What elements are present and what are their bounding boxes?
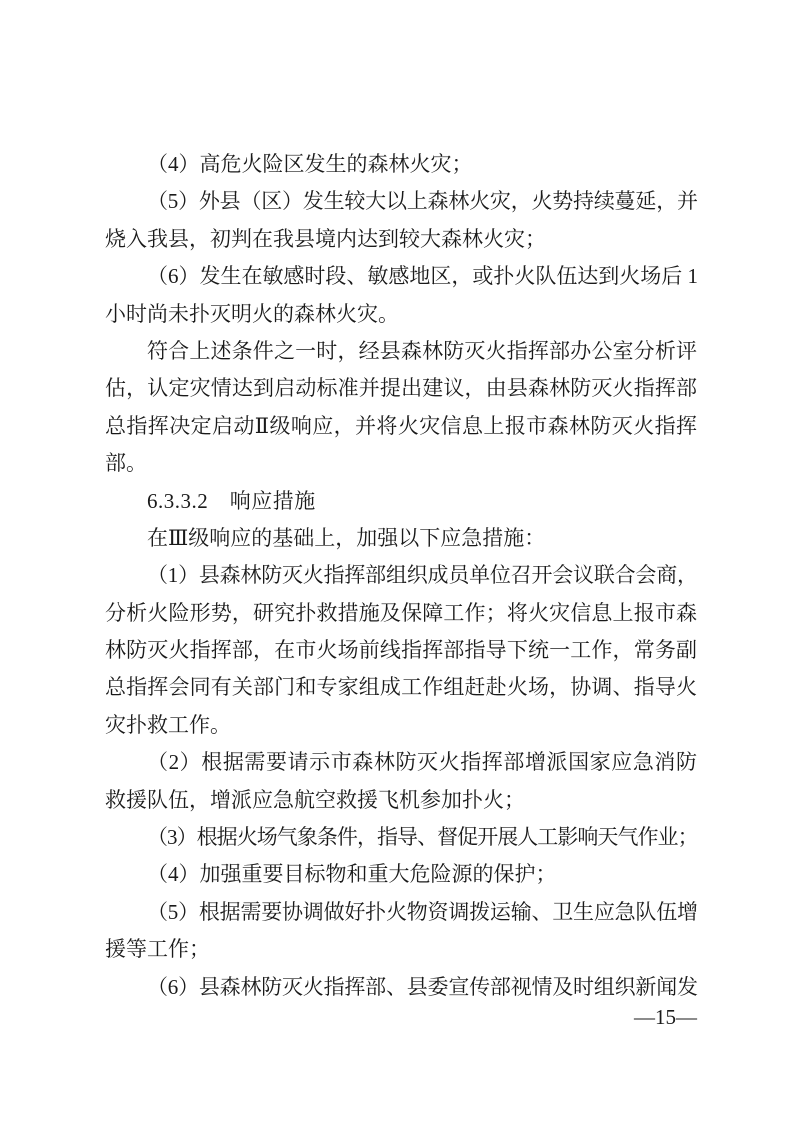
section-heading: 6.3.3.2 响应措施 [105, 483, 697, 520]
text-line: （2）根据需要请示市森林防灭火指挥部增派国家应急消防 [105, 744, 697, 781]
text-line: 符合上述条件之一时，经县森林防灭火指挥部办公室分析评 [105, 333, 697, 370]
page-number: —15— [105, 1006, 697, 1028]
text-line: （4）高危火险区发生的森林火灾； [105, 146, 697, 183]
text-line: 估，认定灾情达到启动标准并提出建议，由县森林防灭火指挥部 [105, 370, 697, 407]
text-line: 在Ⅲ级响应的基础上，加强以下应急措施： [105, 520, 697, 557]
text-line: 部。 [105, 445, 697, 482]
text-line: （5）根据需要协调做好扑火物资调拨运输、卫生应急队伍增 [105, 894, 697, 931]
text-line: 救援队伍，增派应急航空救援飞机参加扑火； [105, 782, 697, 819]
text-line: （6）县森林防灭火指挥部、县委宣传部视情及时组织新闻发 [105, 969, 697, 1006]
text-line: （4）加强重要目标物和重大危险源的保护； [105, 856, 697, 893]
text-line: 小时尚未扑灭明火的森林火灾。 [105, 296, 697, 333]
text-line: 分析火险形势，研究扑救措施及保障工作；将火灾信息上报市森 [105, 595, 697, 632]
text-line: 援等工作； [105, 931, 697, 968]
text-line: 林防灭火指挥部，在市火场前线指挥部指导下统一工作，常务副 [105, 632, 697, 669]
text-line: 总指挥会同有关部门和专家组成工作组赶赴火场，协调、指导火 [105, 669, 697, 706]
document-body: （4）高危火险区发生的森林火灾；（5）外县（区）发生较大以上森林火灾，火势持续蔓… [105, 146, 697, 1006]
text-line: 烧入我县，初判在我县境内达到较大森林火灾； [105, 221, 697, 258]
text-line: 总指挥决定启动Ⅱ级响应，并将火灾信息上报市森林防灭火指挥 [105, 408, 697, 445]
text-line: 灾扑救工作。 [105, 707, 697, 744]
document-page: （4）高危火险区发生的森林火灾；（5）外县（区）发生较大以上森林火灾，火势持续蔓… [0, 0, 793, 1122]
text-line: （5）外县（区）发生较大以上森林火灾，火势持续蔓延，并 [105, 183, 697, 220]
text-line: （3）根据火场气象条件，指导、督促开展人工影响天气作业； [105, 819, 697, 856]
text-line: （6）发生在敏感时段、敏感地区，或扑火队伍达到火场后 1 [105, 258, 697, 295]
page-footer: —15— [105, 1006, 697, 1028]
text-line: （1）县森林防灭火指挥部组织成员单位召开会议联合会商， [105, 557, 697, 594]
